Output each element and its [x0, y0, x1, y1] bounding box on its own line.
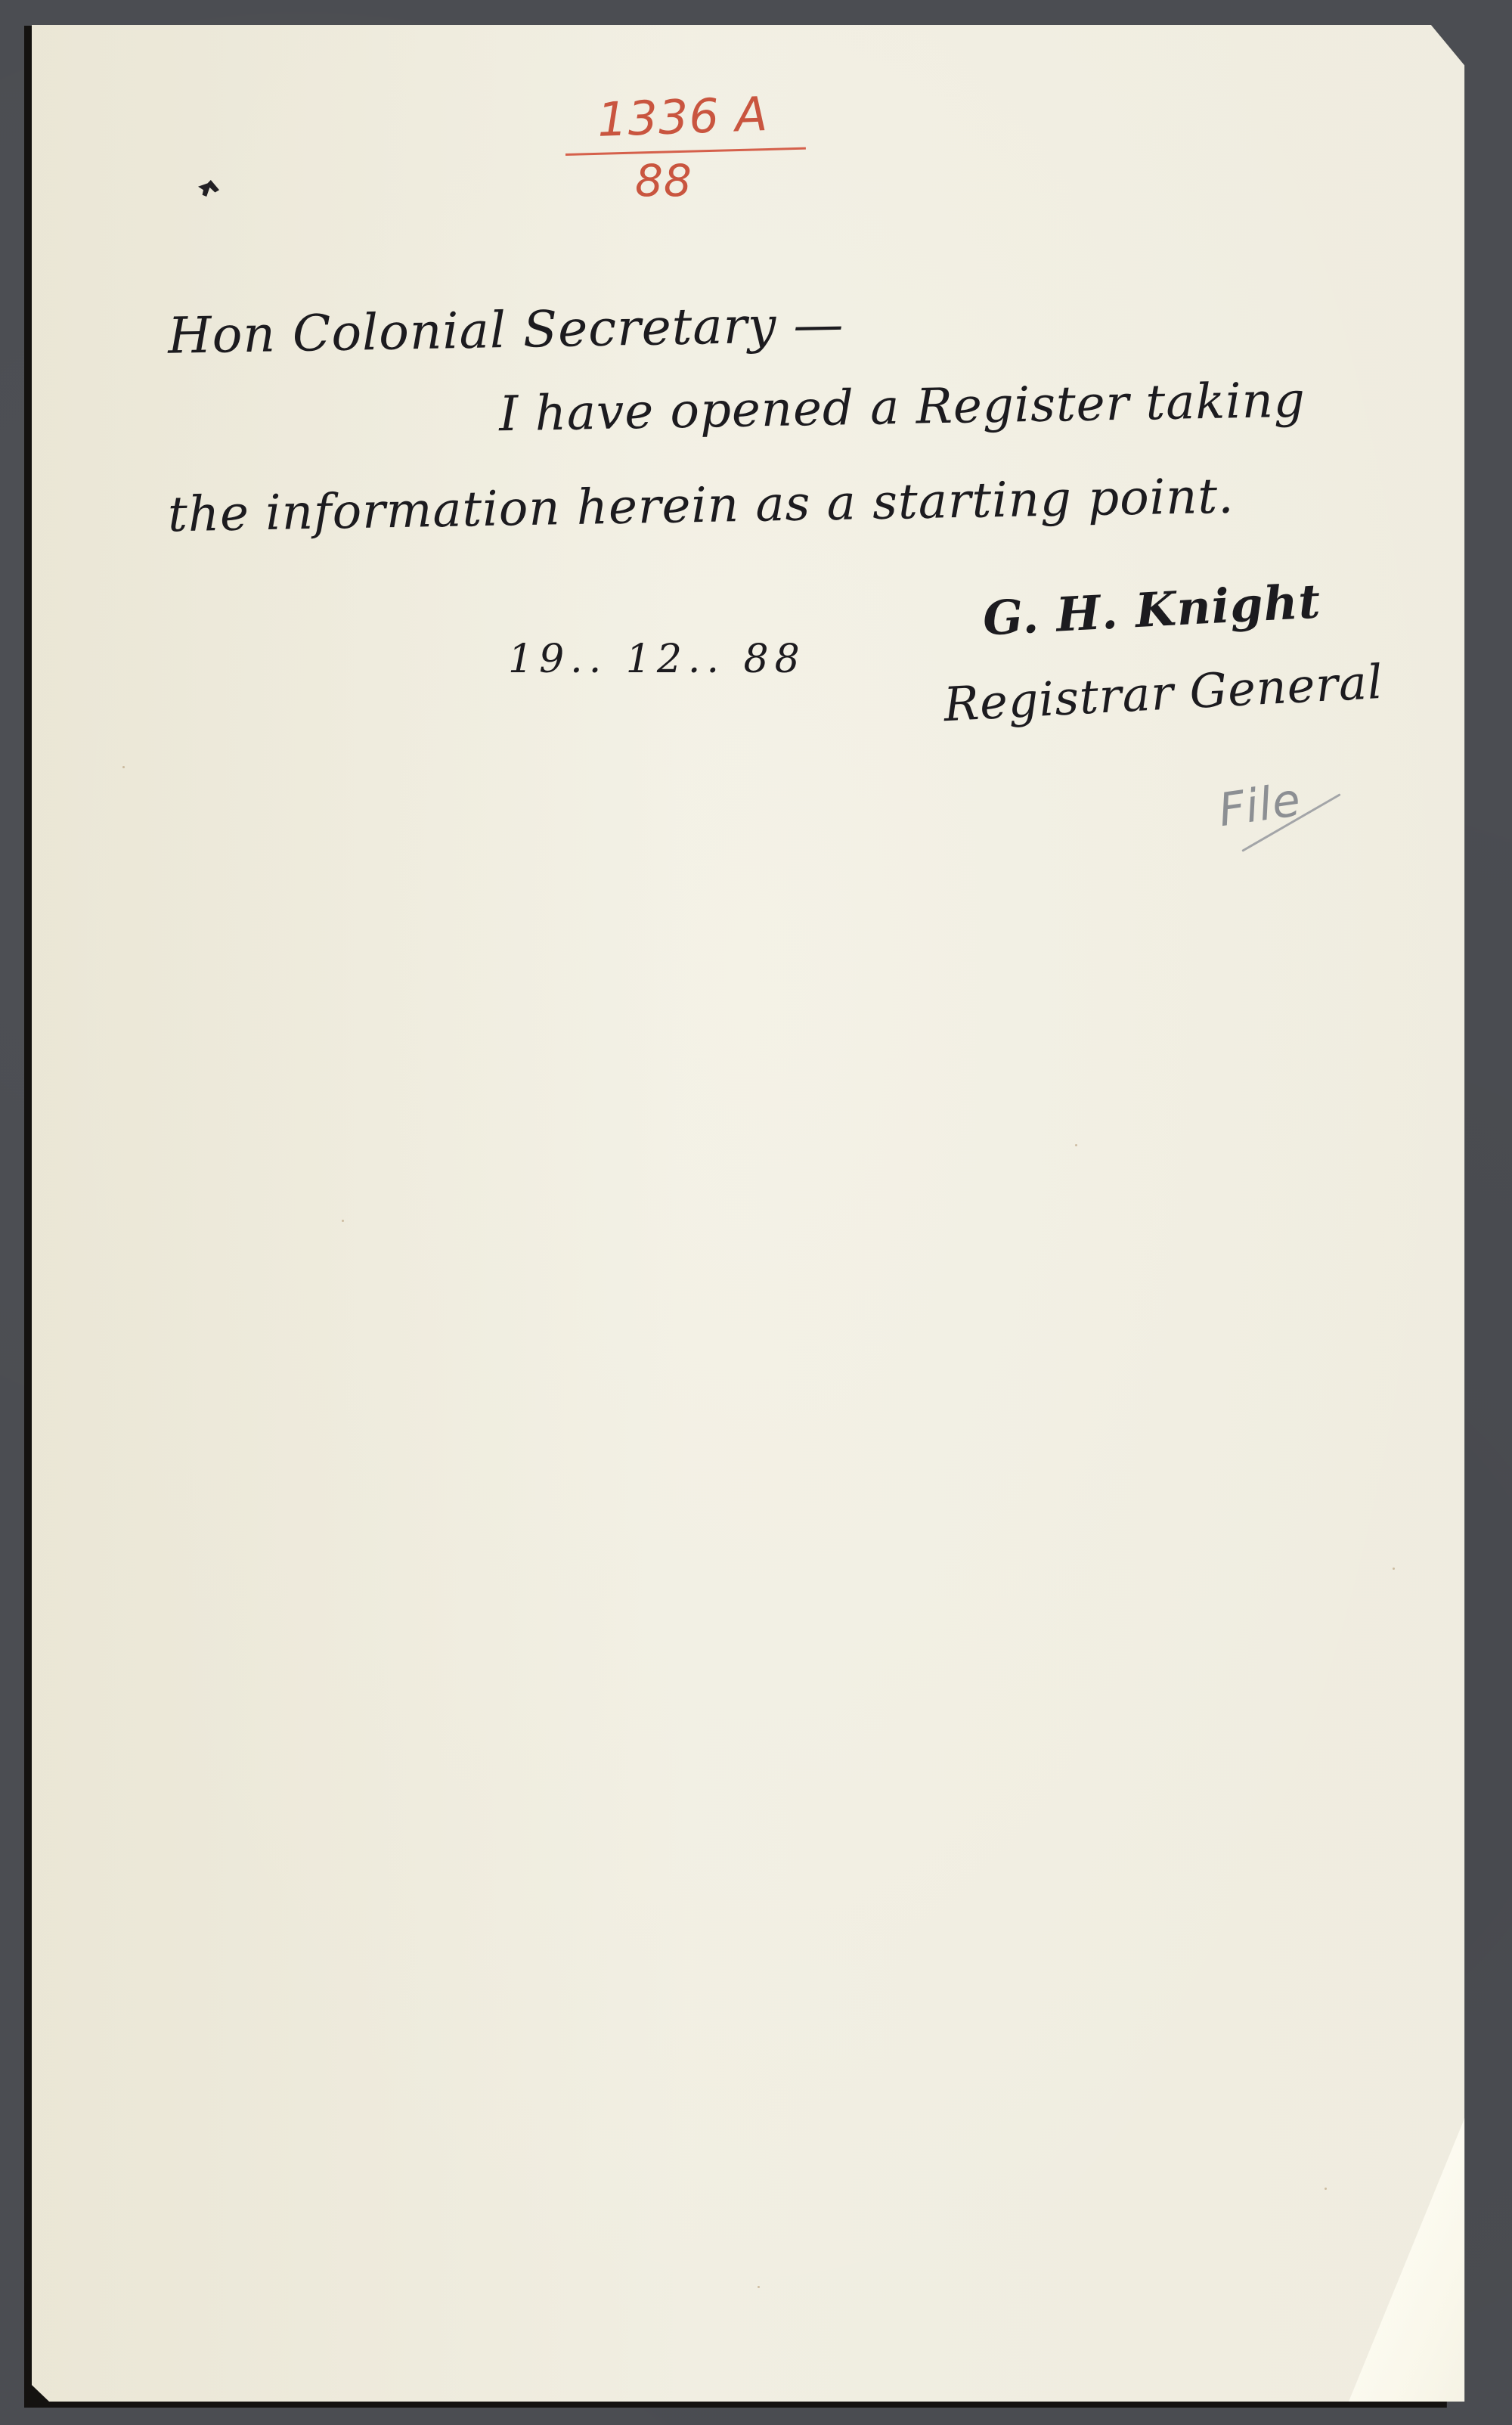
- paper-speck: [122, 766, 125, 768]
- folded-corner-highlight: [1258, 2069, 1485, 2402]
- paper-speck: [758, 2286, 760, 2288]
- salutation: Hon Colonial Secretary —: [167, 295, 844, 365]
- paper-speck: [1325, 2188, 1327, 2190]
- pencil-file-annotation: File: [1216, 774, 1304, 837]
- date: 19.. 12.. 88: [508, 637, 806, 682]
- reference-year: 88: [635, 155, 692, 206]
- paper-speck: [1393, 1568, 1395, 1570]
- reference-number: 1336 A: [596, 86, 769, 147]
- paper-speck: [1075, 1144, 1077, 1146]
- paper-speck: [342, 1220, 344, 1222]
